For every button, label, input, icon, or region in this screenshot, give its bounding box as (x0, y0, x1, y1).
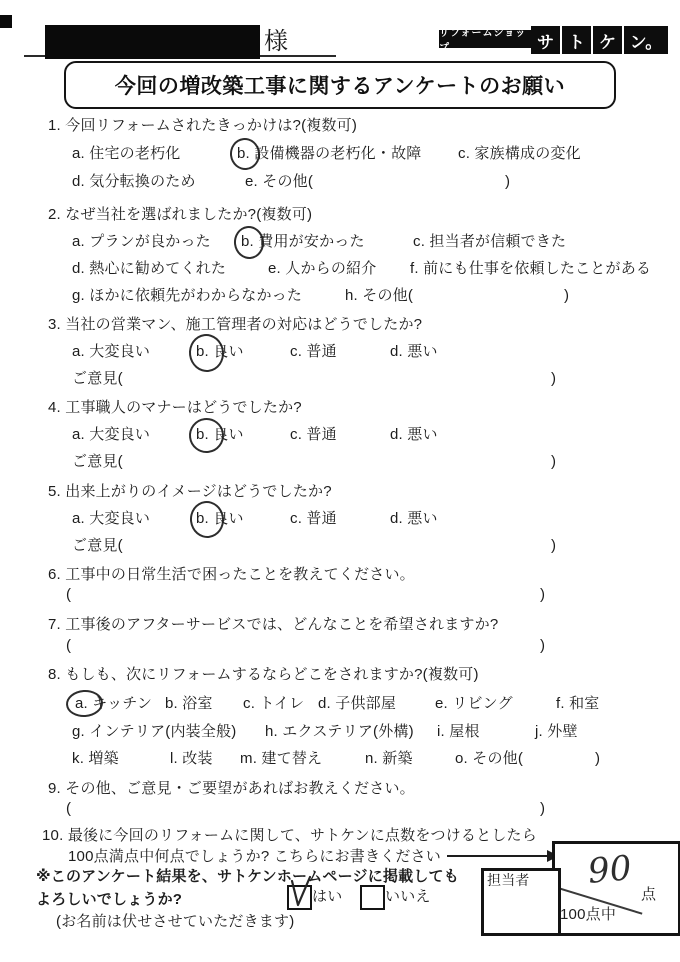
q8-option-e: e. リビング (435, 695, 513, 714)
q4-option-c: c. 普通 (290, 426, 337, 445)
arrow-to-score-box-icon (445, 849, 560, 863)
q1-option-c: c. 家族構成の変化 (458, 145, 581, 164)
brand-logo-char: ケ (593, 26, 622, 54)
q9-heading: 9. その他、ご意見・ご要望があればお教えください。 (48, 780, 415, 799)
q3-option-a: a. 大変良い (72, 343, 150, 362)
q7-open-paren: ( (66, 637, 71, 656)
logo-shop-label: リフォームショップ (439, 30, 531, 48)
q8-option-i: i. 屋根 (437, 723, 480, 742)
consent-no-checkbox (360, 885, 385, 910)
q8-option-d: d. 子供部屋 (318, 695, 396, 714)
q4-heading: 4. 工事職人のマナーはどうでしたか? (48, 399, 302, 418)
q3-option-b: b. 良い (196, 343, 244, 362)
score-denominator-label: 100点中 (560, 906, 616, 925)
q8-option-l: l. 改装 (170, 750, 213, 769)
q8-option-o: o. その他( (455, 750, 523, 769)
q6-heading: 6. 工事中の日常生活で困ったことを教えてください。 (48, 566, 415, 585)
q6-open-paren: ( (66, 586, 71, 605)
brand-logo-char: サ (531, 26, 560, 54)
scanned-survey-page: 様 リフォームショップ サ ト ケ ン。 今回の増改築工事に関するアンケートのお… (0, 0, 680, 962)
consent-yes-label: はい (312, 888, 342, 907)
q8-option-n: n. 新築 (365, 750, 413, 769)
form-title-box: 今回の増改築工事に関するアンケートのお願い (64, 61, 616, 109)
q2-option-g: g. ほかに依頼先がわからなかった (72, 287, 302, 306)
q8-option-b: b. 浴室 (165, 695, 213, 714)
q5-feedback-label: ご意見( (72, 537, 123, 556)
q2-option-d: d. 熱心に勧めてくれた (72, 260, 226, 279)
q5-option-c: c. 普通 (290, 510, 337, 529)
q6-close-paren: ) (540, 586, 545, 605)
q3-heading: 3. 当社の営業マン、施工管理者の対応はどうでしたか? (48, 316, 422, 335)
consent-line1: ※このアンケート結果を、サトケンホームページに掲載しても (36, 868, 459, 887)
consent-no-label: いいえ (385, 888, 431, 907)
q3-option-d: d. 悪い (390, 343, 438, 362)
brand-logo-char: ト (562, 26, 591, 54)
q8-option-g: g. インテリア(内装全般) (72, 723, 236, 742)
q5-close-paren: ) (551, 537, 556, 556)
q5-option-b: b. 良い (196, 510, 244, 529)
name-honorific: 様 (264, 27, 288, 57)
q5-option-d: d. 悪い (390, 510, 438, 529)
q1-heading: 1. 今回リフォームされたきっかけは?(複数可) (48, 117, 357, 136)
form-title: 今回の増改築工事に関するアンケートのお願い (115, 70, 565, 100)
q8-heading: 8. もしも、次にリフォームするならどこをされますか?(複数可) (48, 666, 479, 685)
q3-feedback-label: ご意見( (72, 370, 123, 389)
staff-label: 担当者 (487, 872, 530, 890)
consent-note: (お名前は伏せさせていただきます) (56, 913, 294, 932)
handwritten-checkmark-icon (284, 873, 314, 909)
brand-logo-char: ン。 (624, 26, 668, 54)
q8-option-a: a. キッチン (75, 695, 152, 714)
q4-option-b: b. 良い (196, 426, 244, 445)
q4-feedback-label: ご意見( (72, 453, 123, 472)
q1-option-a: a. 住宅の老朽化 (72, 145, 180, 164)
q3-option-c: c. 普通 (290, 343, 337, 362)
q2-option-c: c. 担当者が信頼できた (413, 233, 566, 252)
q5-heading: 5. 出来上がりのイメージはどうでしたか? (48, 483, 332, 502)
q2-option-a: a. プランが良かった (72, 233, 211, 252)
q5-option-a: a. 大変良い (72, 510, 150, 529)
q8-close-paren: ) (595, 750, 600, 769)
q9-open-paren: ( (66, 800, 71, 819)
score-unit-label: 点 (641, 886, 656, 905)
q7-heading: 7. 工事後のアフターサービスでは、どんなことを希望されますか? (48, 616, 498, 635)
q4-option-d: d. 悪い (390, 426, 438, 445)
q7-close-paren: ) (540, 637, 545, 656)
q8-option-f: f. 和室 (556, 695, 600, 714)
q9-close-paren: ) (540, 800, 545, 819)
q8-option-j: j. 外壁 (535, 723, 578, 742)
q2-heading: 2. なぜ当社を選ばれましたか?(複数可) (48, 206, 312, 225)
q4-close-paren: ) (551, 453, 556, 472)
q8-option-m: m. 建て替え (240, 750, 322, 769)
q10-heading-line1: 10. 最後に今回のリフォームに関して、サトケンに点数をつけるとしたら (42, 827, 537, 846)
q2-option-f: f. 前にも仕事を依頼したことがある (410, 260, 651, 279)
q4-option-a: a. 大変良い (72, 426, 150, 445)
q1-close-paren: ) (505, 173, 510, 192)
handwritten-score-value: 90 (586, 847, 633, 893)
q3-close-paren: ) (551, 370, 556, 389)
q8-option-c: c. トイレ (243, 695, 304, 714)
q1-option-e: e. その他( (245, 173, 313, 192)
q1-option-d: d. 気分転換のため (72, 173, 196, 192)
q8-option-k: k. 増築 (72, 750, 119, 769)
consent-line2: よろしいでしょうか? (36, 891, 182, 910)
redacted-name-block (45, 25, 260, 59)
brand-logo: サ ト ケ ン。 (531, 26, 668, 54)
scan-artifact (0, 15, 12, 28)
q10-heading-line2: 100点満点中何点でしょうか? こちらにお書きください (68, 848, 441, 867)
q1-option-b: b. 設備機器の老朽化・故障 (237, 145, 421, 164)
q2-option-h: h. その他( (345, 287, 413, 306)
q8-option-h: h. エクステリア(外構) (265, 723, 414, 742)
q2-option-b: b. 費用が安かった (241, 233, 365, 252)
q2-option-e: e. 人からの紹介 (268, 260, 376, 279)
q2-close-paren: ) (564, 287, 569, 306)
